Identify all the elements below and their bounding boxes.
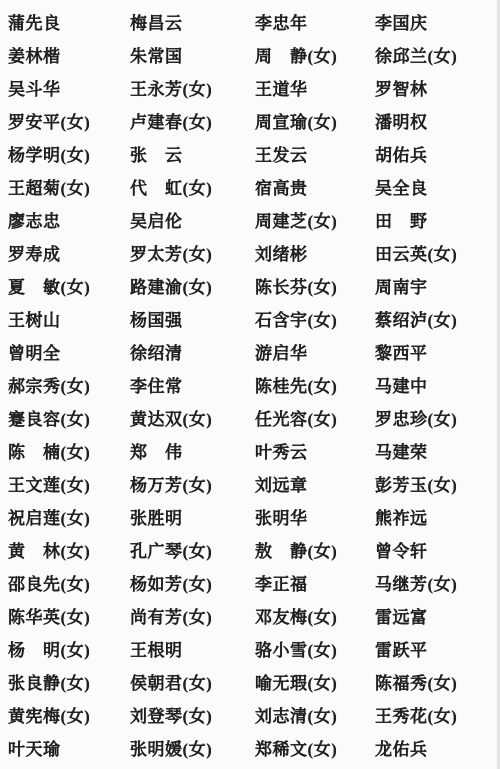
name-cell: 杨万芳(女) — [130, 467, 255, 500]
name-cell: 王永芳(女) — [130, 71, 255, 104]
name-cell: 马继芳(女) — [375, 566, 500, 599]
name-cell: 罗寿成 — [8, 236, 130, 269]
name-cell: 廖志忠 — [8, 203, 130, 236]
name-cell: 曾明全 — [8, 335, 130, 368]
name-cell: 王根明 — [130, 632, 255, 665]
name-cell: 陈桂先(女) — [255, 368, 375, 401]
name-cell: 游启华 — [255, 335, 375, 368]
name-cell: 罗安平(女) — [8, 104, 130, 137]
name-cell: 杨 明(女) — [8, 632, 130, 665]
name-cell: 黄宪梅(女) — [8, 698, 130, 731]
name-cell: 罗太芳(女) — [130, 236, 255, 269]
name-cell: 张明媛(女) — [130, 731, 255, 764]
name-cell: 吴全良 — [375, 170, 500, 203]
name-cell: 黄达双(女) — [130, 401, 255, 434]
name-cell: 吴启伦 — [130, 203, 255, 236]
name-list: 蒲先良 梅昌云 李忠年 李国庆 姜林楷 朱常国 周 静(女) 徐邱兰(女) 吴斗… — [0, 0, 500, 769]
name-cell: 吴斗华 — [8, 71, 130, 104]
name-cell: 路建渝(女) — [130, 269, 255, 302]
name-cell: 尚有芳(女) — [130, 599, 255, 632]
name-cell: 曾令轩 — [375, 533, 500, 566]
name-cell: 任光容(女) — [255, 401, 375, 434]
name-cell: 潘明权 — [375, 104, 500, 137]
name-cell: 朱常国 — [130, 38, 255, 71]
name-cell: 梅昌云 — [130, 5, 255, 38]
name-cell: 夏 敏(女) — [8, 269, 130, 302]
name-cell: 熊祚远 — [375, 500, 500, 533]
name-cell: 周宣瑜(女) — [255, 104, 375, 137]
name-cell: 叶秀云 — [255, 434, 375, 467]
name-cell: 孔广琴(女) — [130, 533, 255, 566]
name-cell: 刘远章 — [255, 467, 375, 500]
name-cell: 蒲先良 — [8, 5, 130, 38]
name-cell: 李忠年 — [255, 5, 375, 38]
name-cell: 敖 静(女) — [255, 533, 375, 566]
name-cell: 代 虹(女) — [130, 170, 255, 203]
name-cell: 罗忠珍(女) — [375, 401, 500, 434]
name-cell: 黄 林(女) — [8, 533, 130, 566]
name-cell: 马建荣 — [375, 434, 500, 467]
name-cell: 石含宇(女) — [255, 302, 375, 335]
name-cell: 田云英(女) — [375, 236, 500, 269]
name-cell: 张 云 — [130, 137, 255, 170]
name-cell: 叶天瑜 — [8, 731, 130, 764]
name-cell: 彭芳玉(女) — [375, 467, 500, 500]
name-cell: 郑稀文(女) — [255, 731, 375, 764]
name-cell: 陈 楠(女) — [8, 434, 130, 467]
name-cell: 卢建春(女) — [130, 104, 255, 137]
name-cell: 徐绍清 — [130, 335, 255, 368]
name-cell: 李国庆 — [375, 5, 500, 38]
scanned-document-page: 蒲先良 梅昌云 李忠年 李国庆 姜林楷 朱常国 周 静(女) 徐邱兰(女) 吴斗… — [0, 0, 500, 769]
name-cell: 李住常 — [130, 368, 255, 401]
name-cell: 杨学明(女) — [8, 137, 130, 170]
name-cell: 邓友梅(女) — [255, 599, 375, 632]
name-cell: 祝启莲(女) — [8, 500, 130, 533]
name-cell: 杨如芳(女) — [130, 566, 255, 599]
name-cell: 王文莲(女) — [8, 467, 130, 500]
name-cell: 张明华 — [255, 500, 375, 533]
name-cell: 刘志清(女) — [255, 698, 375, 731]
name-cell: 徐邱兰(女) — [375, 38, 500, 71]
name-cell: 周南宇 — [375, 269, 500, 302]
name-cell: 罗智林 — [375, 71, 500, 104]
name-cell: 邵良先(女) — [8, 566, 130, 599]
name-cell: 王秀花(女) — [375, 698, 500, 731]
name-cell: 田 野 — [375, 203, 500, 236]
name-cell: 李正福 — [255, 566, 375, 599]
name-cell: 黎西平 — [375, 335, 500, 368]
name-cell: 姜林楷 — [8, 38, 130, 71]
name-cell: 王发云 — [255, 137, 375, 170]
name-cell: 刘登琴(女) — [130, 698, 255, 731]
name-cell: 雷跃平 — [375, 632, 500, 665]
name-cell: 郑 伟 — [130, 434, 255, 467]
name-cell: 张胜明 — [130, 500, 255, 533]
name-cell: 王道华 — [255, 71, 375, 104]
name-cell: 陈长芬(女) — [255, 269, 375, 302]
name-cell: 陈福秀(女) — [375, 665, 500, 698]
name-cell: 雷远富 — [375, 599, 500, 632]
name-cell: 喻无瑕(女) — [255, 665, 375, 698]
name-cell: 侯朝君(女) — [130, 665, 255, 698]
name-cell: 周建芝(女) — [255, 203, 375, 236]
name-cell: 马建中 — [375, 368, 500, 401]
name-cell: 蔡绍泸(女) — [375, 302, 500, 335]
name-cell: 蹇良容(女) — [8, 401, 130, 434]
name-cell: 宿高贵 — [255, 170, 375, 203]
name-cell: 龙佑兵 — [375, 731, 500, 764]
name-cell: 张良静(女) — [8, 665, 130, 698]
scan-edge-artifact — [496, 0, 500, 769]
name-cell: 陈华英(女) — [8, 599, 130, 632]
name-cell: 王超菊(女) — [8, 170, 130, 203]
name-cell: 王树山 — [8, 302, 130, 335]
name-cell: 杨国强 — [130, 302, 255, 335]
name-cell: 骆小雪(女) — [255, 632, 375, 665]
name-cell: 郝宗秀(女) — [8, 368, 130, 401]
name-cell: 胡佑兵 — [375, 137, 500, 170]
name-cell: 刘绪彬 — [255, 236, 375, 269]
name-cell: 周 静(女) — [255, 38, 375, 71]
